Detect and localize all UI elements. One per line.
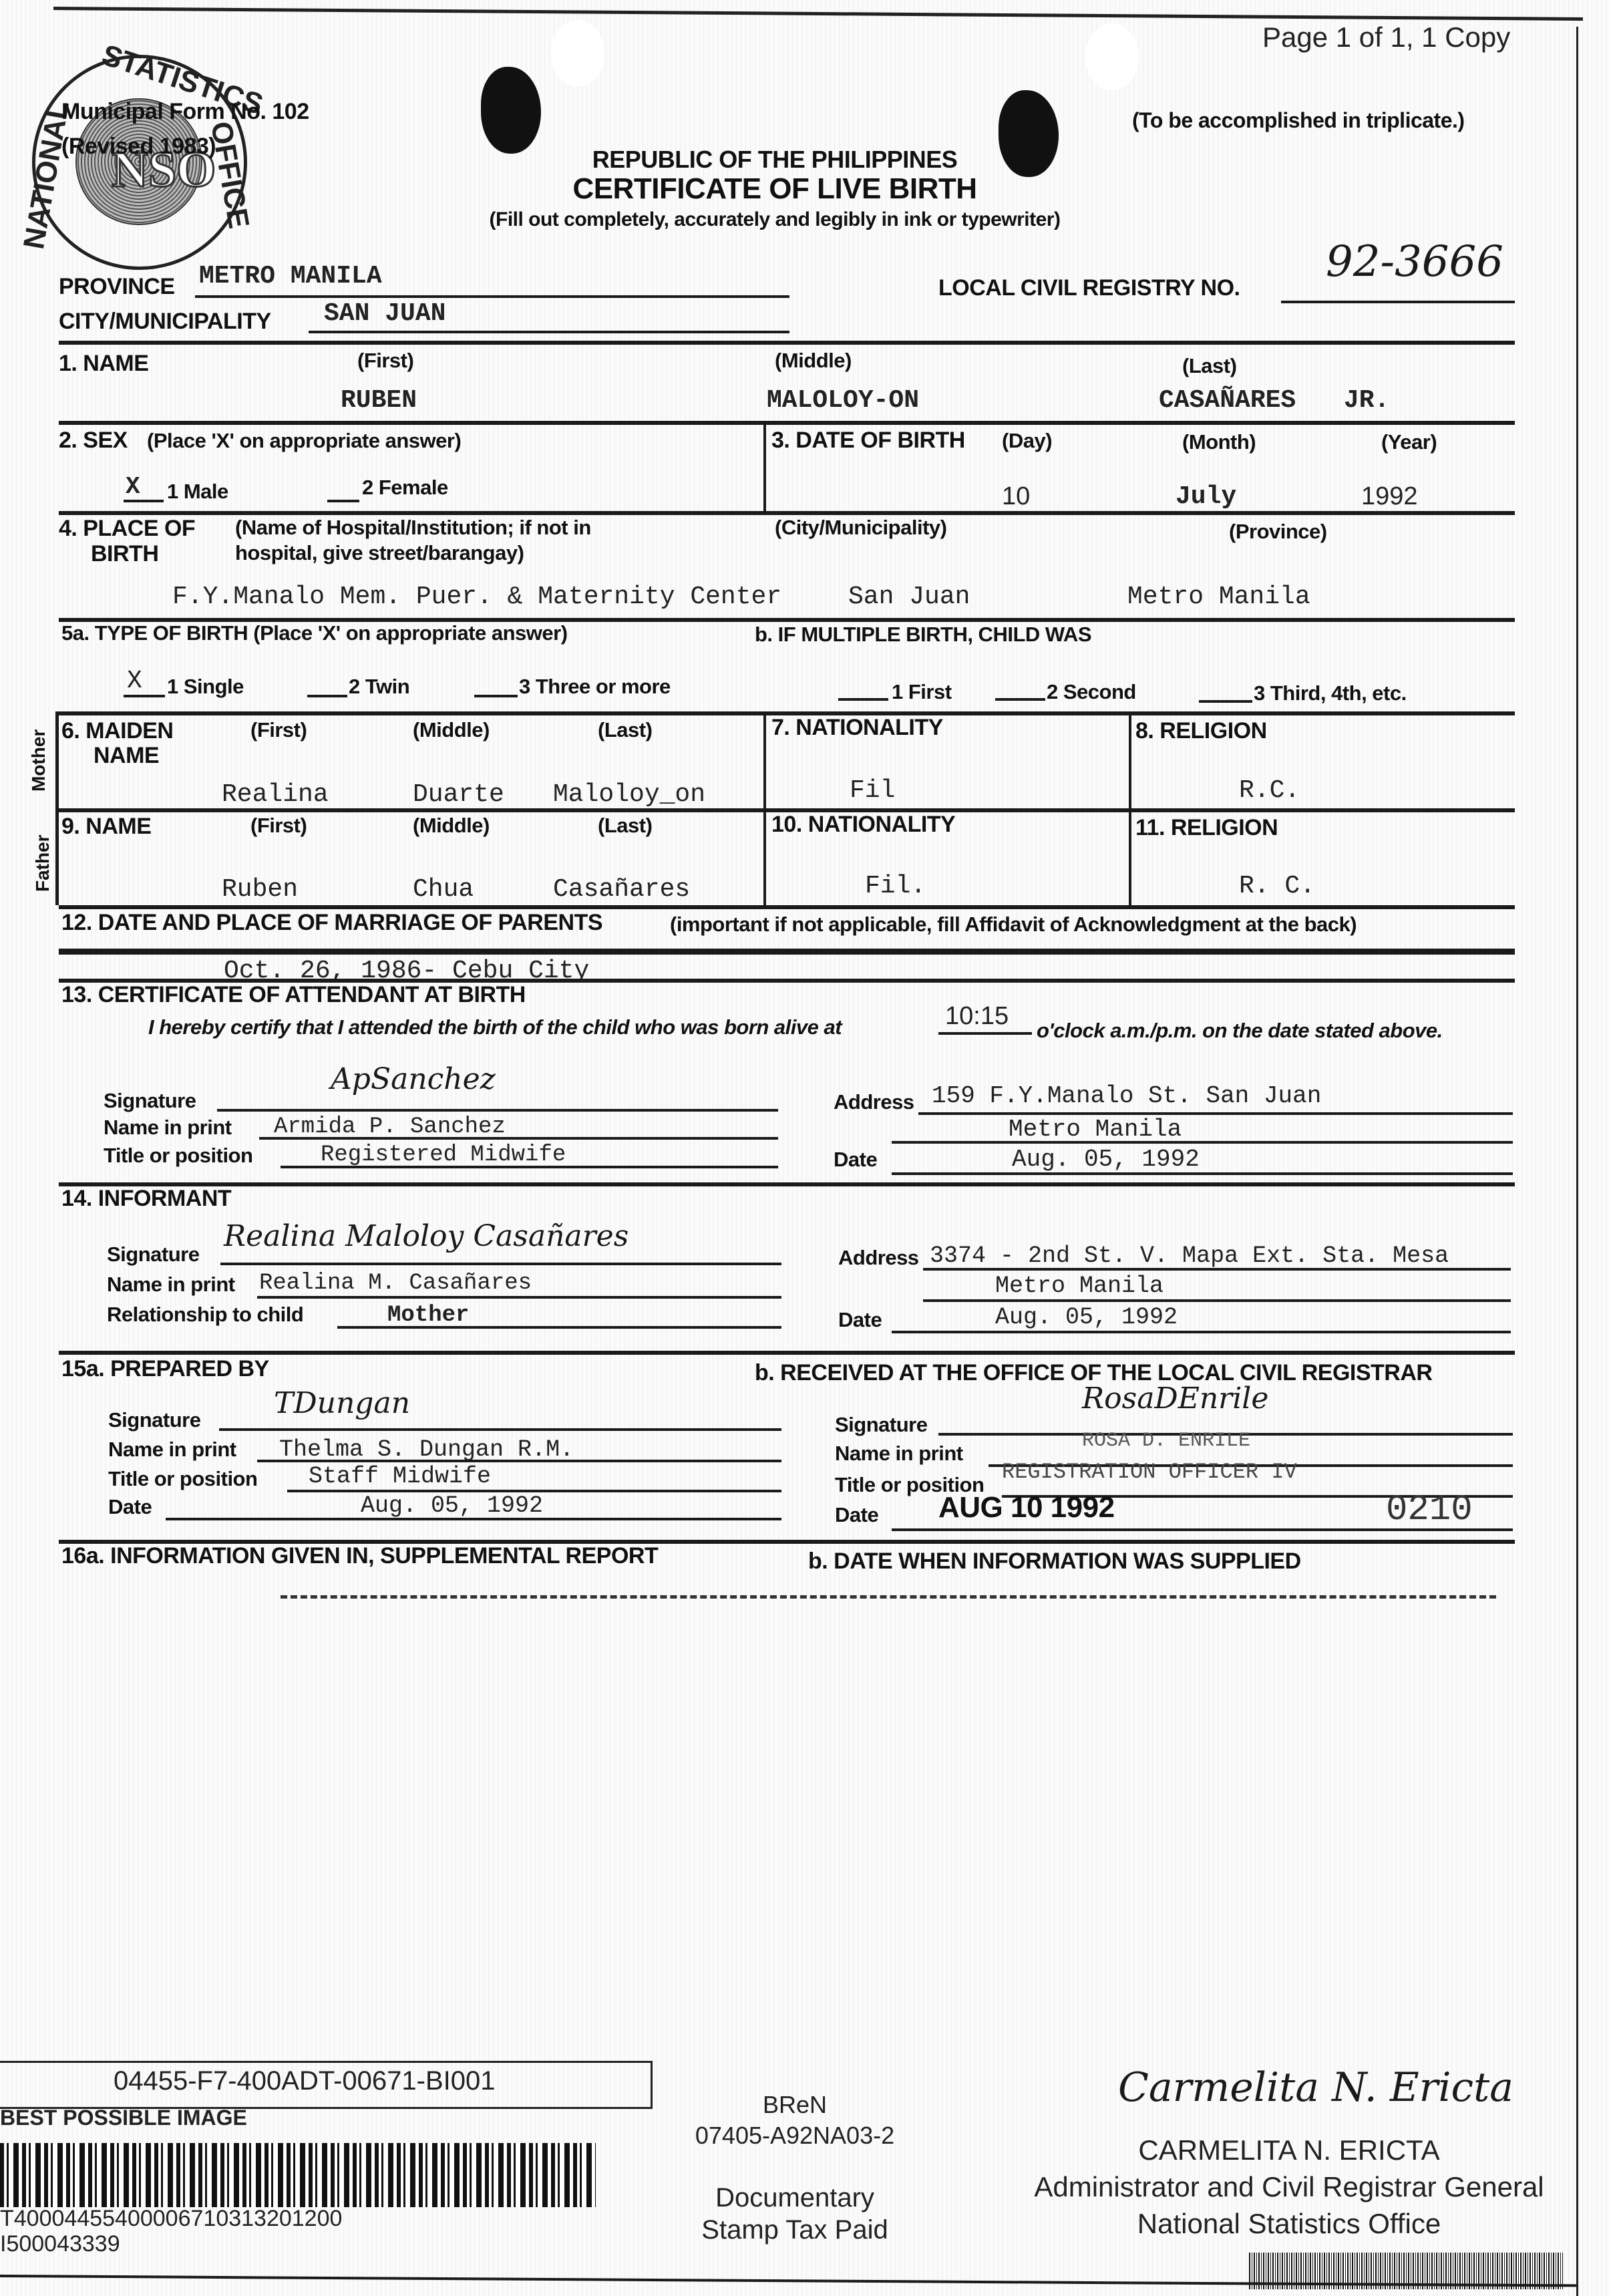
signatory-name: CARMELITA N. ERICTA <box>1042 2134 1536 2166</box>
middle-name-label: (Middle) <box>775 349 852 373</box>
multiple-birth-label: b. IF MULTIPLE BIRTH, CHILD WAS <box>755 623 1091 647</box>
mother-nationality-label: 7. NATIONALITY <box>771 715 943 741</box>
marriage-label: 12. DATE AND PLACE OF MARRIAGE OF PARENT… <box>61 910 602 936</box>
pob-city-label: (City/Municipality) <box>775 516 946 540</box>
father-name-label: 9. NAME <box>61 814 151 840</box>
pob-province: Metro Manila <box>1127 583 1310 611</box>
birth-type-label: 5a. TYPE OF BIRTH (Place 'X' on appropri… <box>61 621 568 645</box>
attendant-address-line <box>918 1112 1513 1115</box>
sex-instruction: (Place 'X' on appropriate answer) <box>147 429 461 453</box>
father-middle-label: (Middle) <box>413 814 490 838</box>
informant-date-label: Date <box>838 1308 882 1332</box>
prepared-signature-label: Signature <box>108 1408 200 1432</box>
province-underline <box>195 295 789 298</box>
type-twin-label: 2 Twin <box>349 675 409 699</box>
pob-instruction-2: hospital, give street/barangay) <box>235 541 524 565</box>
prepared-title: Staff Midwife <box>309 1463 491 1490</box>
attendant-certify-post: o'clock a.m./p.m. on the date stated abo… <box>1037 1019 1443 1043</box>
pob-province-label: (Province) <box>1229 520 1327 544</box>
attendant-date: Aug. 05, 1992 <box>1012 1146 1200 1173</box>
attendant-address-line2: Metro Manila <box>1009 1116 1182 1143</box>
type-single-mark[interactable]: X <box>127 667 142 695</box>
dob-day-label: (Day) <box>1002 429 1052 453</box>
city-value: SAN JUAN <box>324 299 445 328</box>
prepared-title-label: Title or position <box>108 1467 257 1491</box>
multiple-second-label: 2 Second <box>1047 680 1136 704</box>
form-revised: (Revised 1983) <box>61 134 216 160</box>
pob-label-2: BIRTH <box>91 541 158 567</box>
prepared-name-line <box>257 1460 781 1462</box>
rule <box>59 1351 1515 1355</box>
attendant-certify-pre: I hereby certify that I attended the bir… <box>148 1015 842 1039</box>
prepared-date: Aug. 05, 1992 <box>361 1492 543 1519</box>
signatory-signature: Carmelita N. Ericta <box>1082 2064 1550 2111</box>
father-religion-label: 11. RELIGION <box>1135 815 1278 841</box>
rule <box>59 421 1515 425</box>
father-last: Casañares <box>553 875 690 904</box>
multiple-third-blank[interactable] <box>1199 700 1252 703</box>
mother-last: Maloloy_on <box>553 780 705 809</box>
dob-month: July <box>1176 482 1236 511</box>
name-label: 1. NAME <box>59 351 148 377</box>
reference-code: 04455-F7-400ADT-00671-BI001 <box>114 2066 495 2096</box>
bren-label: BReN <box>695 2091 895 2119</box>
attendant-address-label: Address <box>834 1090 914 1114</box>
dob-day: 10 <box>1002 482 1030 511</box>
signatory-title: Administrator and Civil Registrar Genera… <box>1029 2171 1550 2203</box>
sex-female-label: 2 Female <box>362 476 448 500</box>
supplemental-label-b: b. DATE WHEN INFORMATION WAS SUPPLIED <box>808 1548 1301 1575</box>
punch-hole <box>551 20 604 87</box>
sex-female-blank[interactable] <box>327 500 359 502</box>
child-last-name: CASAÑARES <box>1159 386 1296 415</box>
type-single-label: 1 Single <box>167 675 244 699</box>
informant-relationship-line <box>337 1326 781 1329</box>
page-right-border <box>1576 27 1578 2296</box>
rule <box>59 905 1515 909</box>
ink-blot <box>481 67 541 154</box>
mother-name-label-1: 6. MAIDEN <box>61 718 173 744</box>
received-title: REGISTRATION OFFICER IV <box>1002 1460 1297 1484</box>
punch-hole <box>1085 23 1139 90</box>
registry-underline <box>1281 301 1515 303</box>
dob-month-label: (Month) <box>1182 430 1256 454</box>
informant-relationship-label: Relationship to child <box>107 1303 303 1327</box>
prepared-name-label: Name in print <box>108 1438 236 1462</box>
multiple-first-label: 1 First <box>892 680 952 704</box>
child-first-name: RUBEN <box>341 386 417 415</box>
mother-religion-label: 8. RELIGION <box>1135 718 1267 744</box>
mother-last-label: (Last) <box>598 718 652 742</box>
page-info: Page 1 of 1, 1 Copy <box>1262 21 1510 53</box>
received-stamp-number: 0210 <box>1386 1490 1473 1530</box>
rule <box>59 341 1515 345</box>
received-date-line <box>892 1528 1513 1531</box>
informant-relationship: Mother <box>387 1303 469 1328</box>
sex-label: 2. SEX <box>59 428 128 454</box>
supplemental-label-a: 16a. INFORMATION GIVEN IN, SUPPLEMENTAL … <box>61 1543 658 1569</box>
attendant-name-label: Name in print <box>104 1116 232 1140</box>
prepared-date-line <box>166 1518 781 1520</box>
stamp-tax-line2: Stamp Tax Paid <box>661 2215 928 2245</box>
city-underline <box>309 331 789 333</box>
attendant-section-label: 13. CERTIFICATE OF ATTENDANT AT BIRTH <box>61 982 526 1008</box>
attendant-address-line1: 159 F.Y.Manalo St. San Juan <box>932 1082 1321 1110</box>
certificate-page: Page 1 of 1, 1 Copy NSO STATISTICS NATIO… <box>0 0 1609 2296</box>
last-name-label: (Last) <box>1182 354 1236 378</box>
barcode <box>0 2143 596 2207</box>
best-image-note: BEST POSSIBLE IMAGE <box>0 2106 247 2130</box>
father-nationality-label: 10. NATIONALITY <box>771 812 955 838</box>
supplemental-dashed-line <box>281 1595 1496 1599</box>
province-value: METRO MANILA <box>199 262 382 291</box>
attendant-signature-line <box>217 1109 778 1112</box>
informant-date-line <box>892 1331 1511 1333</box>
signatory-office: National Statistics Office <box>1042 2208 1536 2240</box>
father-last-label: (Last) <box>598 814 652 838</box>
mother-nationality: Fil <box>850 776 895 805</box>
pob-instruction-1: (Name of Hospital/Institution; if not in <box>235 516 591 540</box>
child-middle-name: MALOLOY-ON <box>767 386 919 415</box>
prepared-name: Thelma S. Dungan R.M. <box>279 1436 574 1463</box>
registry-value: 92-3666 <box>1326 237 1503 287</box>
father-religion: R. C. <box>1239 872 1315 900</box>
dob-year: 1992 <box>1361 482 1418 511</box>
nso-seal: NSO STATISTICS NATIONAL OFFICE <box>32 55 247 270</box>
attendant-date-label: Date <box>834 1148 877 1172</box>
attendant-title-label: Title or position <box>104 1144 252 1168</box>
informant-signature: Realina Maloloy Casañares <box>224 1219 629 1253</box>
sex-male-label: 1 Male <box>167 480 228 504</box>
informant-address-line <box>923 1268 1511 1271</box>
barcode-number: T40004455400006710313201200 <box>0 2206 342 2232</box>
prepared-date-label: Date <box>108 1495 152 1519</box>
informant-signature-label: Signature <box>107 1243 199 1267</box>
multiple-third-label: 3 Third, 4th, etc. <box>1254 681 1407 705</box>
attendant-title: Registered Midwife <box>321 1142 566 1168</box>
informant-signature-line <box>220 1263 781 1265</box>
batch-number: I500043339 <box>0 2231 120 2257</box>
mother-first: Realina <box>222 780 329 809</box>
mother-first-label: (First) <box>250 718 307 742</box>
form-number: Municipal Form No. 102 <box>61 99 309 125</box>
father-middle: Chua <box>413 875 474 904</box>
multiple-second-blank[interactable] <box>995 698 1045 701</box>
mother-side-label: Mother <box>28 729 49 792</box>
stamp-tax-line1: Documentary <box>661 2183 928 2213</box>
marriage-note: (important if not applicable, fill Affid… <box>670 913 1357 937</box>
attendant-title-line <box>281 1166 778 1168</box>
informant-address-line <box>923 1299 1511 1302</box>
received-signature-label: Signature <box>835 1413 927 1437</box>
received-date-label: Date <box>835 1503 878 1527</box>
pob-label-1: 4. PLACE OF <box>59 516 195 542</box>
instructions: (Fill out completely, accurately and leg… <box>401 208 1149 231</box>
informant-name-line <box>257 1296 781 1299</box>
rule <box>59 949 1515 955</box>
certificate-title: CERTIFICATE OF LIVE BIRTH <box>468 172 1082 206</box>
triplicate-note: (To be accomplished in triplicate.) <box>1132 108 1465 133</box>
mother-middle: Duarte <box>413 780 504 809</box>
province-label: PROVINCE <box>59 274 175 300</box>
type-single-blank <box>124 695 165 697</box>
received-date-stamp: AUG 10 1992 <box>938 1491 1115 1524</box>
type-three-label: 3 Three or more <box>519 675 671 699</box>
informant-address-label: Address <box>838 1246 919 1270</box>
birth-time: 10:15 <box>945 1002 1009 1031</box>
sex-male-blank <box>124 500 164 502</box>
informant-address-line1: 3374 - 2nd St. V. Mapa Ext. Sta. Mesa <box>930 1243 1449 1269</box>
type-three-blank[interactable] <box>474 695 518 697</box>
type-twin-blank[interactable] <box>307 695 347 697</box>
page-top-border <box>53 7 1583 21</box>
informant-name-label: Name in print <box>107 1273 235 1297</box>
mother-middle-label: (Middle) <box>413 718 490 742</box>
father-first: Ruben <box>222 875 298 904</box>
attendant-name-line <box>259 1137 778 1140</box>
republic-heading: REPUBLIC OF THE PHILIPPINES <box>468 146 1082 174</box>
received-signature: RosaDEnrile <box>1082 1381 1268 1416</box>
rule <box>59 1182 1515 1186</box>
city-label: CITY/MUNICIPALITY <box>59 309 271 335</box>
dob-label: 3. DATE OF BIRTH <box>771 428 965 454</box>
informant-section-label: 14. INFORMANT <box>61 1186 231 1212</box>
father-side-label: Father <box>32 834 53 892</box>
received-name-label: Name in print <box>835 1442 963 1466</box>
sex-male-mark[interactable]: X <box>126 473 140 500</box>
dob-year-label: (Year) <box>1381 430 1437 454</box>
first-name-label: (First) <box>357 349 413 373</box>
bren-code: 07405-A92NA03-2 <box>661 2122 928 2150</box>
pob-hospital: F.Y.Manalo Mem. Puer. & Maternity Center <box>172 583 781 611</box>
attendant-signature: ApSanchez <box>331 1062 496 1096</box>
prepared-section-label: 15a. PREPARED BY <box>61 1356 269 1382</box>
informant-date: Aug. 05, 1992 <box>995 1304 1178 1331</box>
received-name: ROSA D. ENRILE <box>1082 1430 1250 1452</box>
attendant-signature-label: Signature <box>104 1089 196 1113</box>
mother-name-label-2: NAME <box>94 743 159 769</box>
attendant-date-line <box>892 1172 1513 1175</box>
father-nationality: Fil. <box>865 872 926 900</box>
pob-city: San Juan <box>848 583 970 611</box>
prepared-signature: TDungan <box>274 1386 410 1420</box>
father-first-label: (First) <box>250 814 307 838</box>
informant-name: Realina M. Casañares <box>259 1271 532 1296</box>
informant-address-line2: Metro Manila <box>995 1273 1164 1299</box>
attendant-name: Armida P. Sanchez <box>274 1114 506 1140</box>
attendant-address-line <box>892 1141 1513 1144</box>
time-underline <box>938 1032 1032 1035</box>
multiple-first-blank[interactable] <box>838 698 888 701</box>
divider <box>763 421 766 511</box>
rule <box>59 511 1515 515</box>
prepared-signature-line <box>219 1428 781 1431</box>
mother-religion: R.C. <box>1239 776 1300 805</box>
child-suffix: JR. <box>1344 386 1389 415</box>
registry-label: LOCAL CIVIL REGISTRY NO. <box>938 275 1240 301</box>
